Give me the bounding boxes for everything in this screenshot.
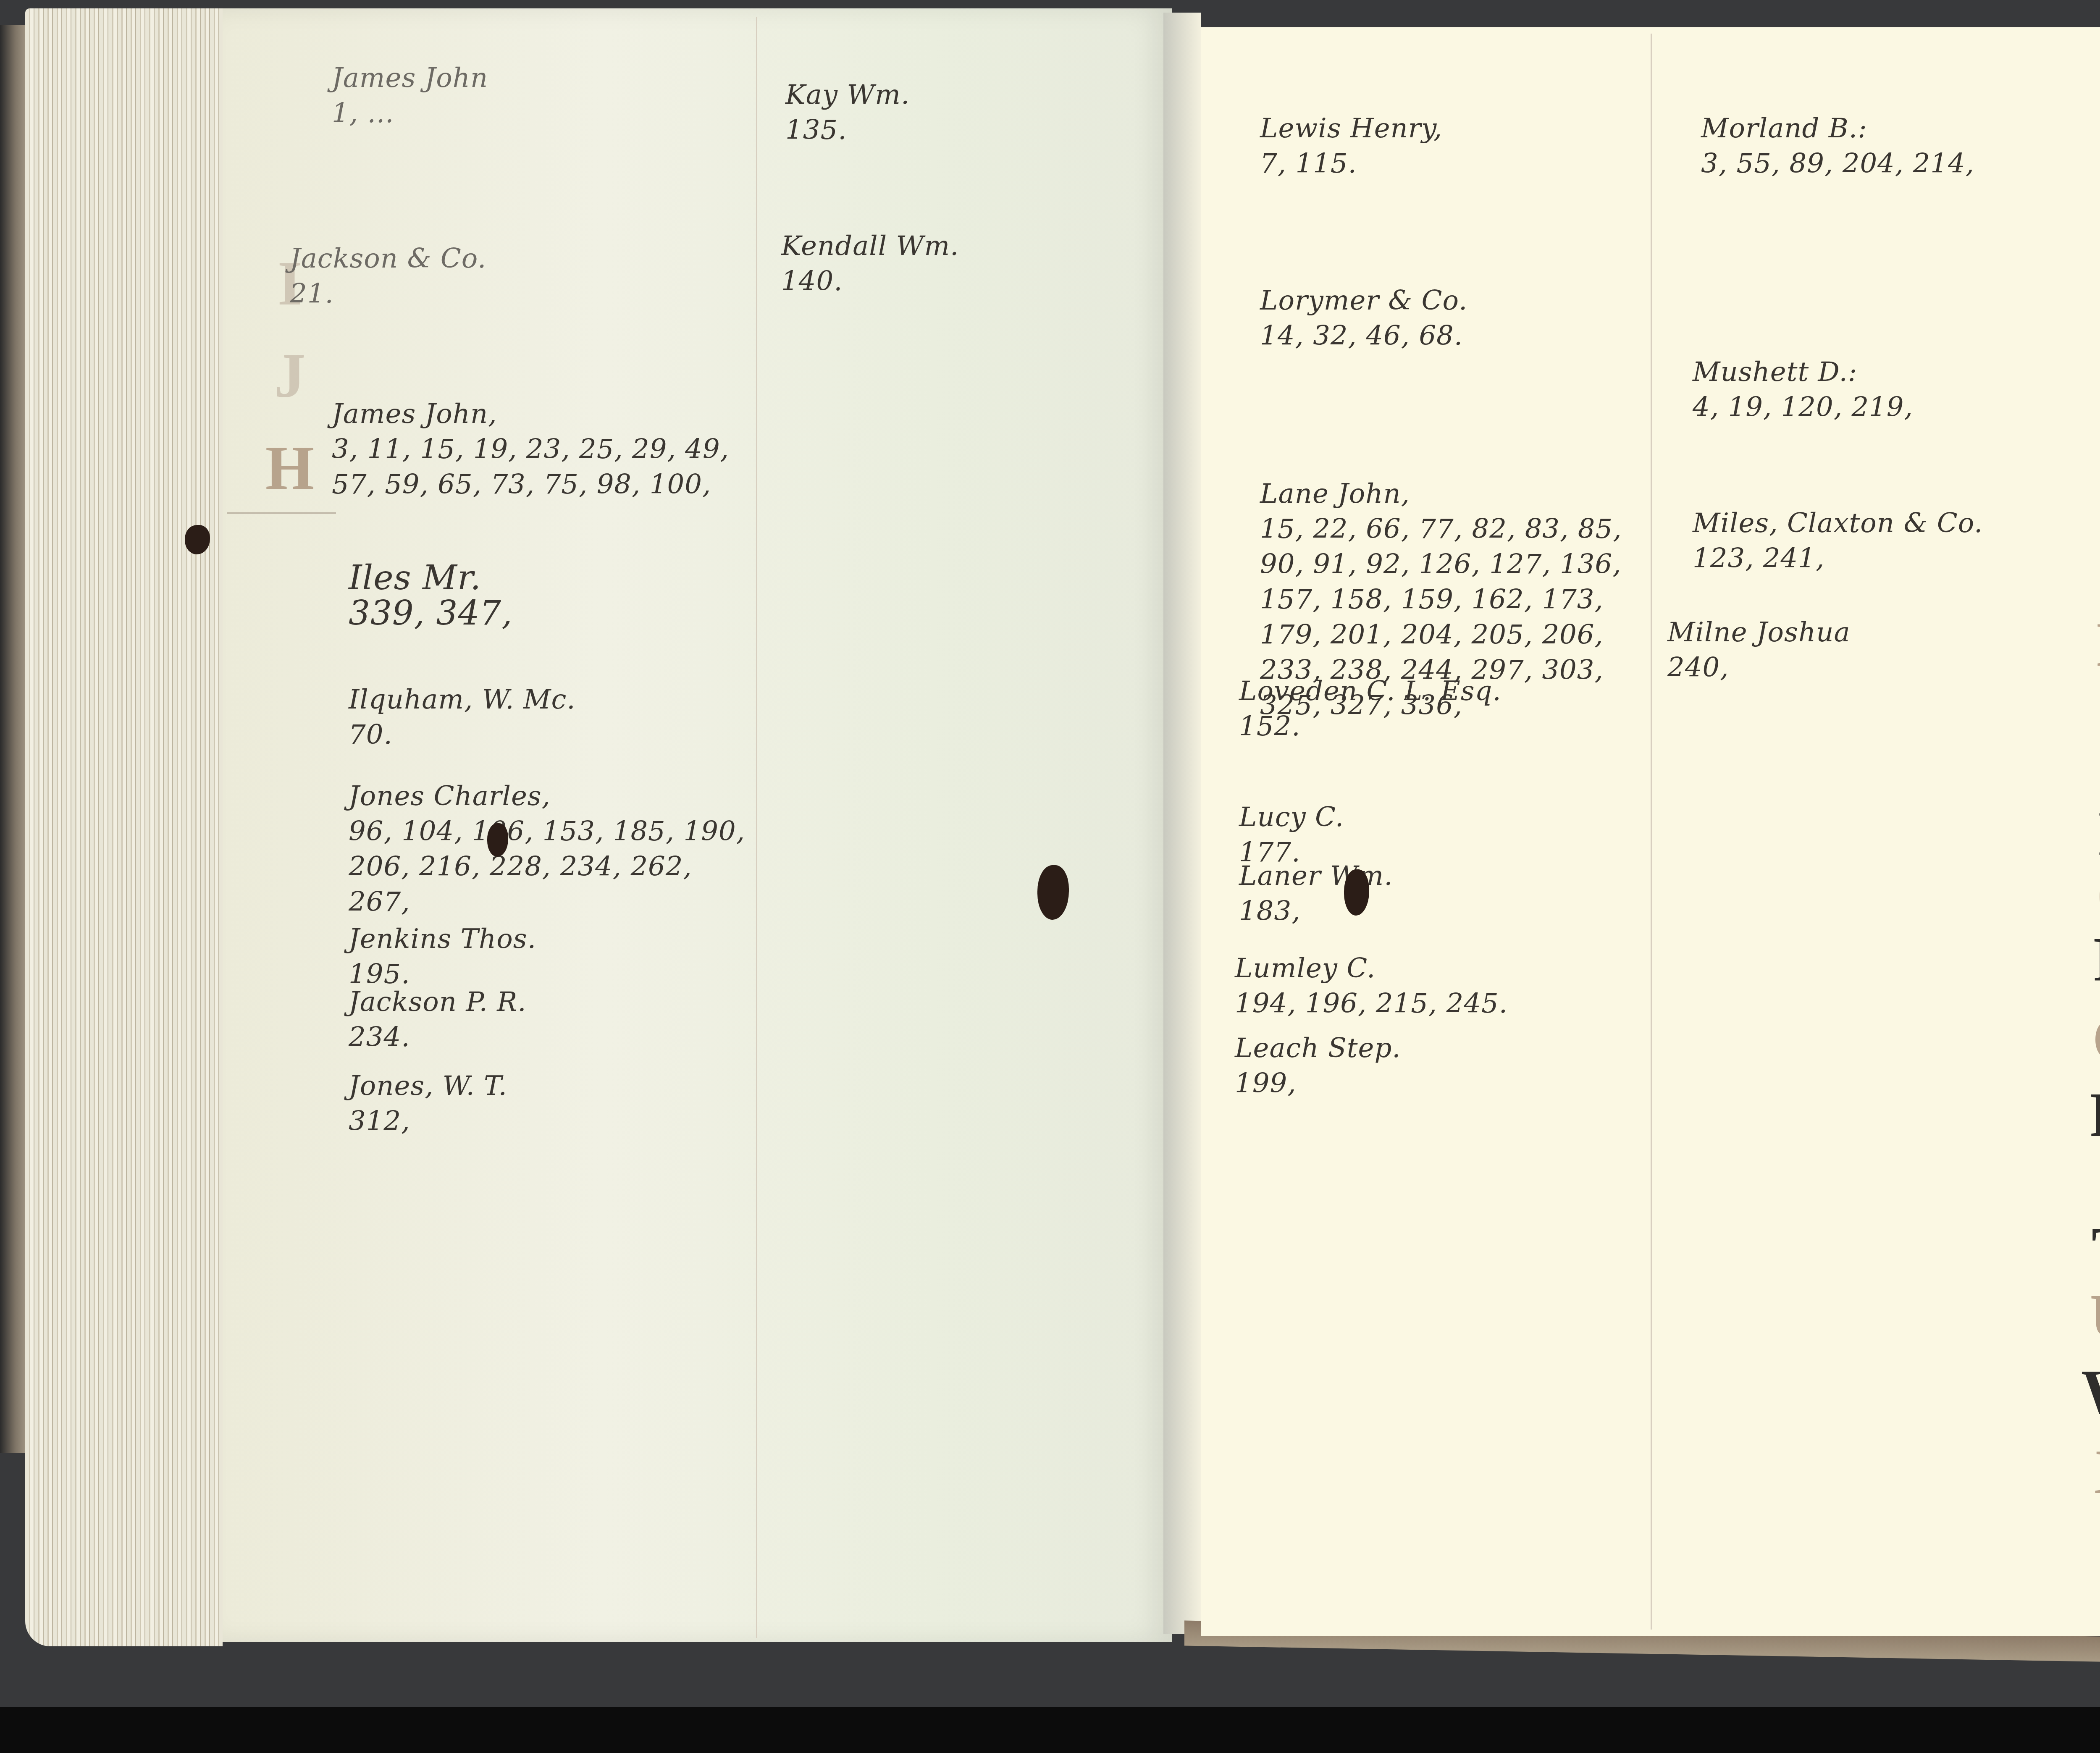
index-entry: Loveden C. L. Esq. 152. <box>1239 638 1501 744</box>
index-entry: Kendall Wm. 140. <box>781 193 959 299</box>
entry-name: Jones, W. T. <box>349 1071 507 1102</box>
entry-name: Lewis Henry, <box>1260 113 1442 144</box>
entry-page-refs: 152. <box>1239 711 1301 742</box>
entry-page-refs: 4, 19, 120, 219, <box>1693 392 1913 423</box>
tab-letter-j: J <box>252 344 328 407</box>
thumb-tab-r[interactable]: R <box>2075 1084 2100 1147</box>
thumb-tab-x[interactable]: X <box>2079 1441 2100 1504</box>
entry-name: James John, <box>332 399 497 430</box>
entry-name: Morland B.: <box>1701 113 1867 144</box>
entry-name: Ilquham, W. Mc. <box>349 684 576 715</box>
thumb-tab-t[interactable]: T <box>2075 1218 2100 1281</box>
entry-name: Laner Wm. <box>1239 861 1393 892</box>
thumb-tab-w[interactable]: W <box>2075 1361 2100 1424</box>
entry-page-refs: 21. <box>290 278 334 310</box>
index-entry: Laner Wm. 183, <box>1239 823 1393 929</box>
entry-page-refs: 135. <box>785 115 847 146</box>
entry-name: Jackson & Co. <box>290 243 486 274</box>
entry-page-refs: 123, 241, <box>1693 543 1824 574</box>
index-entry: Iles Mr. 339, 347, <box>349 525 513 631</box>
entry-name: Lane John, <box>1260 478 1410 509</box>
entry-page-refs: 3, 55, 89, 204, 214, <box>1701 148 1974 179</box>
index-entry: Lorymer & Co. 14, 32, 46, 68. <box>1260 248 1663 354</box>
entry-page-refs: 140. <box>781 266 843 297</box>
index-entry: Jones, W. T. 312, <box>349 1033 507 1139</box>
entry-name: Lorymer & Co. <box>1260 285 1467 316</box>
entry-name: Leach Step. <box>1235 1033 1401 1064</box>
entry-name: Kendall Wm. <box>781 231 959 262</box>
entry-name: Mushett D.: <box>1693 357 1857 388</box>
entry-name: James John <box>332 63 488 94</box>
thumb-tab-n[interactable]: N <box>2083 802 2100 865</box>
entry-name: Jackson P. R. <box>349 987 527 1018</box>
thumb-tab-q[interactable]: Q <box>2079 1008 2100 1071</box>
entry-page-refs: 312, <box>349 1106 410 1137</box>
thumb-tab-m[interactable]: M <box>2092 739 2100 802</box>
index-entry: James John 1, ... <box>332 25 488 131</box>
entry-name: Lumley C. <box>1235 953 1375 984</box>
index-entry: Jackson & Co. 21. <box>290 206 486 312</box>
entry-name: Kay Wm. <box>785 79 910 110</box>
book-gutter <box>1163 13 1201 1634</box>
thumb-tab-o[interactable]: O <box>2083 865 2100 928</box>
tab-divider <box>227 512 336 514</box>
thumb-tab-p[interactable]: P <box>2075 928 2100 991</box>
thumb-tab-l[interactable]: L <box>2083 676 2100 739</box>
index-entry: Lewis Henry, 7, 115. <box>1260 76 1442 181</box>
thumb-tab-i[interactable]: I <box>2075 550 2100 613</box>
thumb-tab-u[interactable]: U <box>2075 1285 2100 1348</box>
index-entry: Miles, Claxton & Co. 123, 241, <box>1693 470 1983 576</box>
entry-page-refs: 199, <box>1235 1068 1297 1099</box>
stacked-page-edges <box>25 8 223 1646</box>
index-entry: Morland B.: 3, 55, 89, 204, 214, <box>1701 76 2100 181</box>
entry-page-refs: 240, <box>1667 652 1729 683</box>
entry-page-refs: 339, 347, <box>349 593 513 632</box>
entry-page-refs: 7, 115. <box>1260 148 1357 179</box>
entry-name: Jones Charles, <box>349 781 551 812</box>
entry-name: Loveden C. L. Esq. <box>1239 676 1501 707</box>
index-entry: Ilquham, W. Mc. 70. <box>349 647 576 753</box>
scan-bottom-border <box>0 1707 2100 1753</box>
thumb-tab-k[interactable]: K <box>2083 613 2100 676</box>
entry-page-refs: 14, 32, 46, 68. <box>1260 320 1463 352</box>
entry-page-refs: 1, ... <box>332 98 394 129</box>
tab-letter-h: H <box>252 437 328 500</box>
entry-name: Milne Joshua <box>1667 617 1851 648</box>
entry-name: Miles, Claxton & Co. <box>1693 508 1983 539</box>
entry-page-refs: 3, 11, 15, 19, 23, 25, 29, 49, 57, 59, 6… <box>332 434 729 500</box>
index-entry: Milne Joshua 240, <box>1667 580 1851 685</box>
index-entry: Leach Step. 199, <box>1235 995 1401 1101</box>
thumb-tab-s[interactable]: S <box>2079 1151 2100 1214</box>
entry-name: Iles Mr. <box>349 558 481 597</box>
index-entry: Mushett D.: 4, 19, 120, 219, <box>1693 319 1913 425</box>
index-entry: Kay Wm. 135. <box>785 42 910 148</box>
index-entry: James John, 3, 11, 15, 19, 23, 25, 29, 4… <box>332 361 760 502</box>
